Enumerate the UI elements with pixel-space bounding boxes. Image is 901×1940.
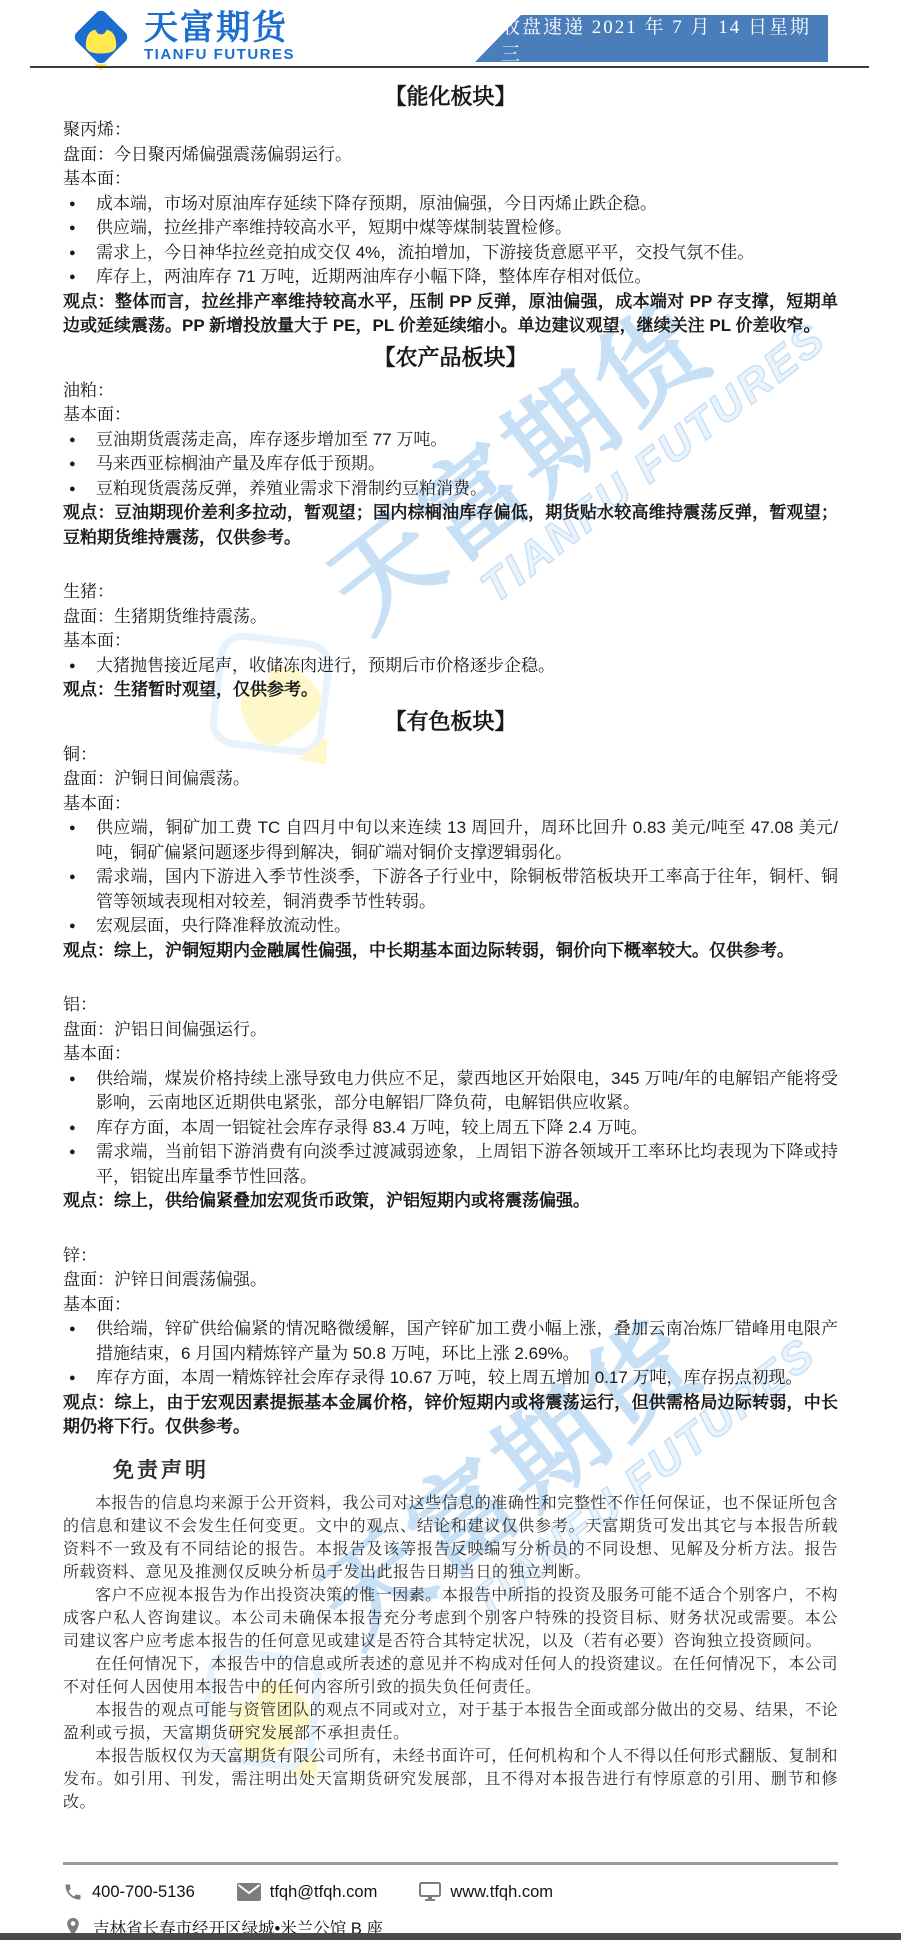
board-title: 【能化板块】 <box>63 82 838 112</box>
bullet-item: 需求端，国内下游进入季节性淡季，下游各子行业中，除铜板带箔板块开工率高于往年，铜… <box>63 865 838 914</box>
header-divider <box>30 66 869 68</box>
pan-mian-line: 盘面：生猪期货维持震荡。 <box>63 605 838 630</box>
pan-mian-line: 盘面：沪铜日间偏震荡。 <box>63 767 838 792</box>
bullet-item: 供给端，煤炭价格持续上涨导致电力供应不足，蒙西地区开始限电，345 万吨/年的电… <box>63 1067 838 1116</box>
report-body: 【能化板块】聚丙烯：盘面：今日聚丙烯偏强震荡偏弱运行。基本面：成本端，市场对原油… <box>0 70 901 1440</box>
bullet-item: 宏观层面，央行降准释放流动性。 <box>63 914 838 939</box>
viewpoint-line: 观点：综上，供给偏紧叠加宏观货币政策，沪铝短期内或将震荡偏强。 <box>63 1189 838 1214</box>
subsection: 锌：盘面：沪锌日间震荡偏强。基本面：供给端，锌矿供给偏紧的情况略微缓解，国产锌矿… <box>63 1244 838 1440</box>
monitor-icon <box>419 1882 441 1902</box>
disclaimer-paragraph: 本报告的信息均来源于公开资料，我公司对这些信息的准确性和完整性不作任何保证，也不… <box>63 1492 838 1584</box>
footer-divider <box>63 1862 838 1865</box>
bullet-item: 需求上，今日神华拉丝竞拍成交仅 4%，流拍增加，下游接货意愿平平，交投气氛不佳。 <box>63 241 838 266</box>
disclaimer-paragraph: 本报告版权仅为天富期货有限公司所有，未经书面许可，任何机构和个人不得以任何形式翻… <box>63 1745 838 1814</box>
viewpoint-line: 观点：综上，由于宏观因素提振基本金属价格，锌价短期内或将震荡运行，但供需格局边际… <box>63 1391 838 1440</box>
viewpoint-line: 观点：综上，沪铜短期内金融属性偏强，中长期基本面边际转弱，铜价向下概率较大。仅供… <box>63 939 838 964</box>
contact-phone: 400-700-5136 <box>63 1882 195 1902</box>
disclaimer-paragraph: 客户不应视本报告为作出投资决策的惟一因素。本报告中所指的投资及服务可能不适合个别… <box>63 1584 838 1653</box>
bullet-item: 需求端，当前铝下游消费有向淡季过渡减弱迹象，上周铝下游各领域开工率环比均表现为下… <box>63 1140 838 1189</box>
bullet-list: 成本端，市场对原油库存延续下降存预期，原油偏强，今日丙烯止跌企稳。供应端，拉丝排… <box>63 192 838 290</box>
board-section: 【有色板块】铜：盘面：沪铜日间偏震荡。基本面：供应端，铜矿加工费 TC 自四月中… <box>63 707 838 1440</box>
logo-cn-text: 天富期货 <box>144 10 295 46</box>
bullet-item: 供给端，锌矿供给偏紧的情况略微缓解，国产锌矿加工费小幅上涨，叠加云南冶炼厂错峰用… <box>63 1317 838 1366</box>
disclaimer-paragraph: 本报告的观点可能与资管团队的观点不同或对立，对于基于本报告全面或部分做出的交易、… <box>63 1699 838 1745</box>
logo-en-text: TIANFU FUTURES <box>144 46 295 64</box>
subsection: 油粕：基本面：豆油期货震荡走高，库存逐步增加至 77 万吨。马来西亚棕榈油产量及… <box>63 379 838 551</box>
contact-email: tfqh@tfqh.com <box>237 1883 378 1902</box>
subsection-title: 聚丙烯： <box>63 118 838 143</box>
bullet-item: 成本端，市场对原油库存延续下降存预期，原油偏强，今日丙烯止跌企稳。 <box>63 192 838 217</box>
subsection-title: 铜： <box>63 743 838 768</box>
footer: 400-700-5136 tfqh@tfqh.com www.tfqh.com … <box>63 1862 838 1939</box>
bullet-item: 大猪抛售接近尾声，收储冻肉进行，预期后市价格逐步企稳。 <box>63 654 838 679</box>
email-icon <box>237 1883 261 1901</box>
board-section: 【农产品板块】油粕：基本面：豆油期货震荡走高，库存逐步增加至 77 万吨。马来西… <box>63 343 838 703</box>
company-logo: 天富期货 TIANFU FUTURES <box>68 4 295 70</box>
bullet-item: 豆粕现货震荡反弹，养殖业需求下滑制约豆粕消费。 <box>63 477 838 502</box>
bullet-item: 库存上，两油库存 71 万吨，近期两油库存小幅下降，整体库存相对低位。 <box>63 265 838 290</box>
phone-icon <box>63 1882 83 1902</box>
subsection: 铜：盘面：沪铜日间偏震荡。基本面：供应端，铜矿加工费 TC 自四月中旬以来连续 … <box>63 743 838 964</box>
header: 天富期货 TIANFU FUTURES 收盘速递 2021 年 7 月 14 日… <box>0 0 901 70</box>
board-section: 【能化板块】聚丙烯：盘面：今日聚丙烯偏强震荡偏弱运行。基本面：成本端，市场对原油… <box>63 82 838 339</box>
viewpoint-line: 观点：豆油期现价差利多拉动，暂观望；国内棕榈油库存偏低，期货贴水较高维持震荡反弹… <box>63 501 838 550</box>
report-page: 天富期货 TIANFU FUTURES 天富期货 TIANFU FUTURES … <box>0 0 901 1940</box>
website-url: www.tfqh.com <box>450 1883 553 1902</box>
subsection-title: 油粕： <box>63 379 838 404</box>
subsection: 铝：盘面：沪铝日间偏强运行。基本面：供给端，煤炭价格持续上涨导致电力供应不足，蒙… <box>63 993 838 1214</box>
contact-website: www.tfqh.com <box>419 1882 553 1902</box>
bullet-list: 供给端，煤炭价格持续上涨导致电力供应不足，蒙西地区开始限电，345 万吨/年的电… <box>63 1067 838 1190</box>
pan-mian-line: 盘面：今日聚丙烯偏强震荡偏弱运行。 <box>63 143 838 168</box>
bullet-item: 供应端，拉丝排产率维持较高水平，短期中煤等煤制装置检修。 <box>63 216 838 241</box>
fundamentals-label: 基本面： <box>63 629 838 654</box>
fundamentals-label: 基本面： <box>63 1042 838 1067</box>
bullet-list: 供给端，锌矿供给偏紧的情况略微缓解，国产锌矿加工费小幅上涨，叠加云南冶炼厂错峰用… <box>63 1317 838 1391</box>
page-bottom-bar <box>0 1933 901 1940</box>
subsection-title: 铝： <box>63 993 838 1018</box>
fundamentals-label: 基本面： <box>63 1293 838 1318</box>
fundamentals-label: 基本面： <box>63 167 838 192</box>
board-title: 【农产品板块】 <box>63 343 838 373</box>
fundamentals-label: 基本面： <box>63 403 838 428</box>
board-title: 【有色板块】 <box>63 707 838 737</box>
viewpoint-line: 观点：整体而言，拉丝排产率维持较高水平，压制 PP 反弹，原油偏强，成本端对 P… <box>63 290 838 339</box>
bullet-list: 大猪抛售接近尾声，收储冻肉进行，预期后市价格逐步企稳。 <box>63 654 838 679</box>
pan-mian-line: 盘面：沪铝日间偏强运行。 <box>63 1018 838 1043</box>
date-banner-text: 收盘速递 2021 年 7 月 14 日星期三 <box>475 12 828 66</box>
viewpoint-line: 观点：生猪暂时观望，仅供参考。 <box>63 678 838 703</box>
email-address: tfqh@tfqh.com <box>270 1883 378 1902</box>
phone-number: 400-700-5136 <box>92 1883 195 1902</box>
bullet-item: 马来西亚棕榈油产量及库存低于预期。 <box>63 452 838 477</box>
disclaimer-title: 免责声明 <box>113 1454 838 1484</box>
subsection: 聚丙烯：盘面：今日聚丙烯偏强震荡偏弱运行。基本面：成本端，市场对原油库存延续下降… <box>63 118 838 339</box>
logo-diamond-icon <box>68 4 134 70</box>
pan-mian-line: 盘面：沪锌日间震荡偏强。 <box>63 1268 838 1293</box>
bullet-list: 豆油期货震荡走高，库存逐步增加至 77 万吨。马来西亚棕榈油产量及库存低于预期。… <box>63 428 838 502</box>
disclaimer-paragraph: 在任何情况下，本报告中的信息或所表述的意见并不构成对任何人的投资建议。在任何情况… <box>63 1653 838 1699</box>
subsection-title: 生猪： <box>63 580 838 605</box>
disclaimer-section: 免责声明 本报告的信息均来源于公开资料，我公司对这些信息的准确性和完整性不作任何… <box>0 1454 901 1814</box>
subsection-title: 锌： <box>63 1244 838 1269</box>
subsection: 生猪：盘面：生猪期货维持震荡。基本面：大猪抛售接近尾声，收储冻肉进行，预期后市价… <box>63 580 838 703</box>
bullet-item: 豆油期货震荡走高，库存逐步增加至 77 万吨。 <box>63 428 838 453</box>
fundamentals-label: 基本面： <box>63 792 838 817</box>
date-banner: 收盘速递 2021 年 7 月 14 日星期三 <box>475 15 828 62</box>
bullet-item: 供应端，铜矿加工费 TC 自四月中旬以来连续 13 周回升，周环比回升 0.83… <box>63 816 838 865</box>
bullet-list: 供应端，铜矿加工费 TC 自四月中旬以来连续 13 周回升，周环比回升 0.83… <box>63 816 838 939</box>
bullet-item: 库存方面，本周一铝锭社会库存录得 83.4 万吨，较上周五下降 2.4 万吨。 <box>63 1116 838 1141</box>
bullet-item: 库存方面，本周一精炼锌社会库存录得 10.67 万吨，较上周五增加 0.17 万… <box>63 1366 838 1391</box>
